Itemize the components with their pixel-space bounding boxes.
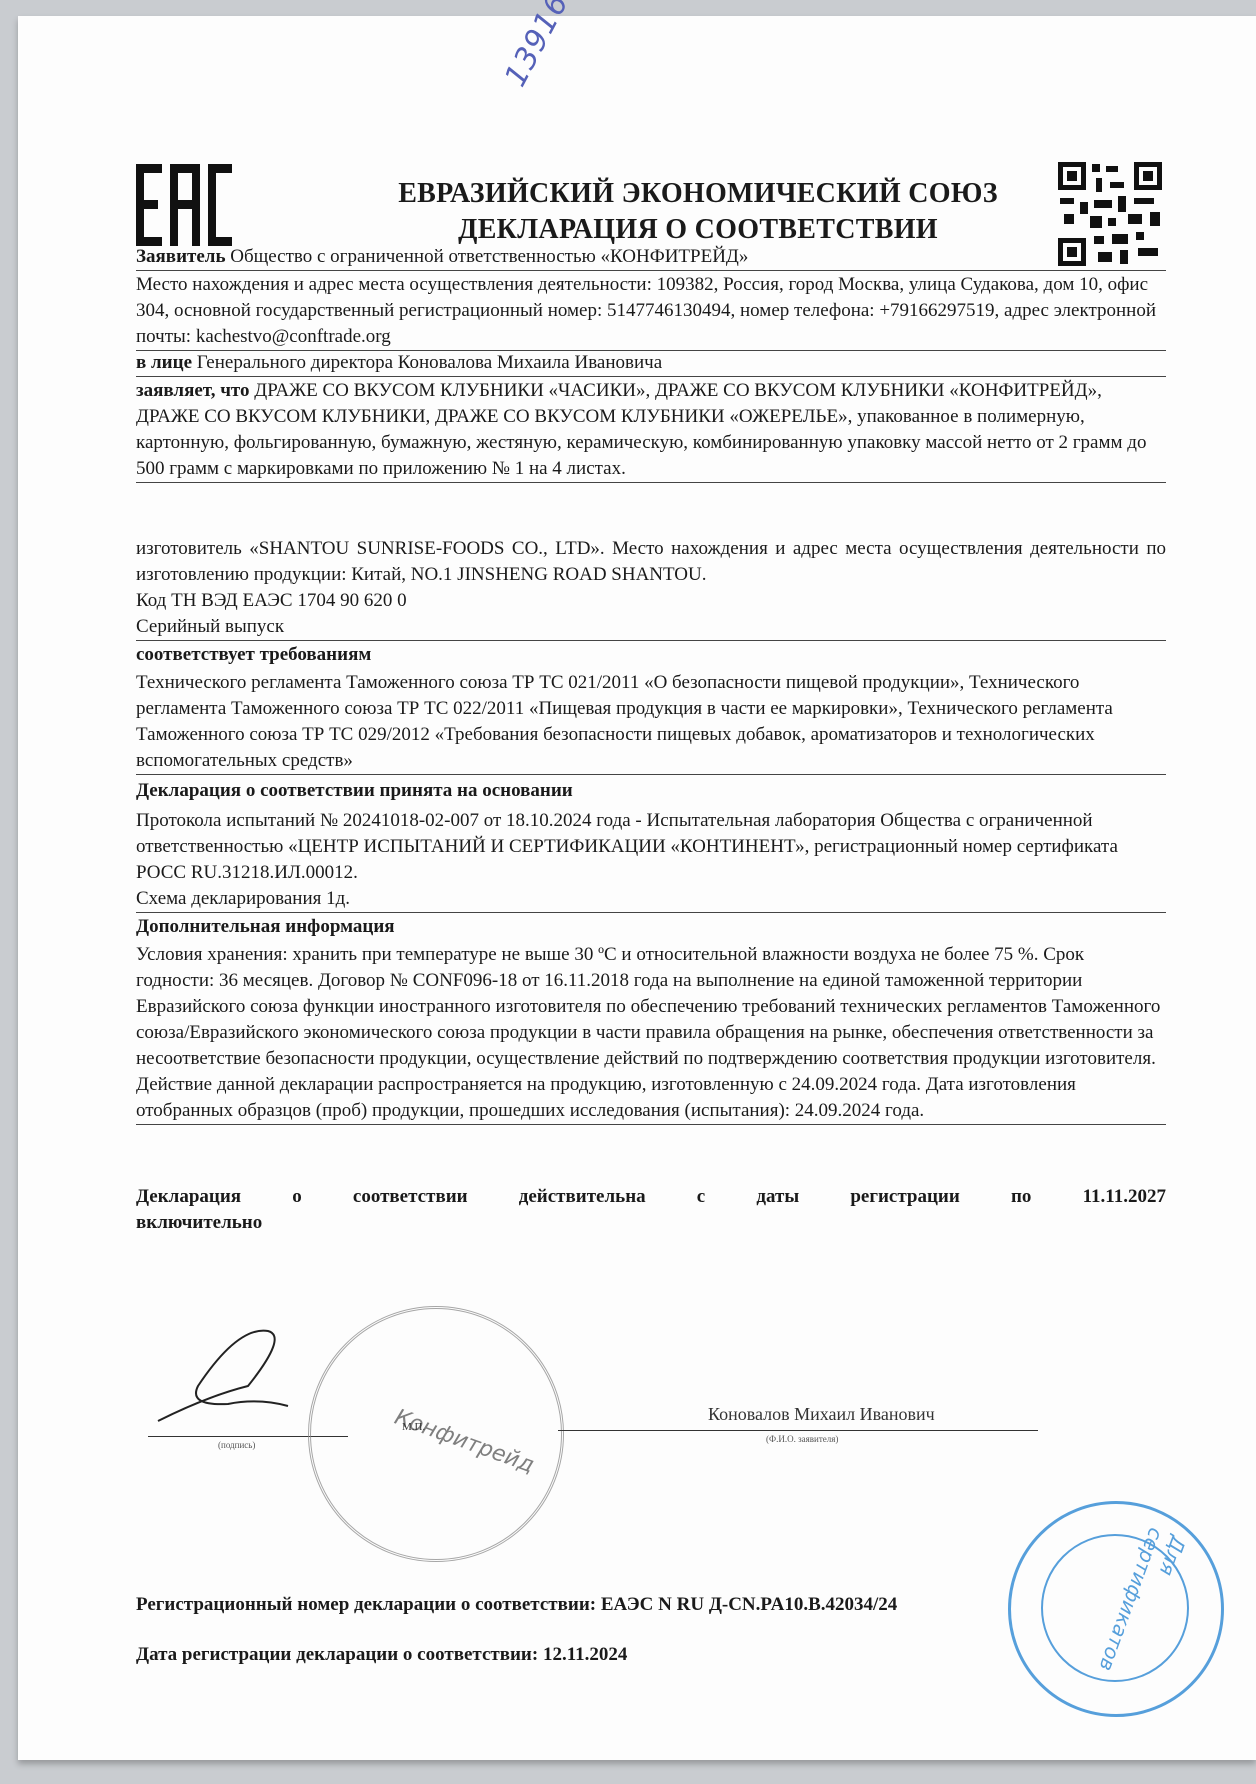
registration-date-label: Дата регистрации декларации о соответств… (136, 1644, 538, 1665)
applicant-label: Заявитель (136, 246, 226, 267)
represented-row: в лице Генерального директора Коновалова… (136, 350, 1166, 377)
declares-label: заявляет, что (136, 380, 250, 401)
applicant-row: Заявитель Общество с ограниченной ответс… (136, 244, 1166, 271)
seal-caption: М.П. (402, 1421, 425, 1433)
name-caption: (Ф.И.О. заявителя) (766, 1434, 838, 1444)
registration-number-value: ЕАЭС N RU Д-CN.PA10.B.42034/24 (601, 1594, 897, 1615)
declares-value: ДРАЖЕ СО ВКУСОМ КЛУБНИКИ «ЧАСИКИ», ДРАЖЕ… (136, 380, 1146, 479)
requirements-text: Технического регламента Таможенного союз… (136, 670, 1166, 775)
eac-logo-icon (136, 164, 232, 246)
page-title: ЕВРАЗИЙСКИЙ ЭКОНОМИЧЕСКИЙ СОЮЗ ДЕКЛАРАЦИ… (348, 176, 1048, 248)
title-line-1: ЕВРАЗИЙСКИЙ ЭКОНОМИЧЕСКИЙ СОЮЗ (348, 176, 1048, 212)
registration-number-label: Регистрационный номер декларации о соотв… (136, 1594, 596, 1615)
applicant-address: Место нахождения и адрес места осуществл… (136, 272, 1166, 351)
manufacturer-text: изготовитель «SHANTOU SUNRISE-FOODS CO.,… (136, 536, 1166, 588)
registration-number-row: Регистрационный номер декларации о соотв… (136, 1594, 897, 1616)
registration-date-value: 12.11.2024 (543, 1644, 627, 1665)
title-line-2: ДЕКЛАРАЦИЯ О СООТВЕТСТВИИ (348, 212, 1048, 248)
seal-text: Конфитрейд (391, 1405, 537, 1479)
validity-inclusive: включительно (136, 1210, 1166, 1236)
declaration-scheme: Схема декларирования 1д. (136, 886, 1166, 913)
handwritten-number: 139164 (498, 0, 585, 92)
additional-heading: Дополнительная информация (136, 914, 1166, 940)
release-type: Серийный выпуск (136, 614, 1166, 641)
basis-text: Протокола испытаний № 20241018-02-007 от… (136, 808, 1166, 886)
validity-line: Декларация о соответствии действительна … (136, 1184, 1166, 1210)
document-page: 139164 ЕВРАЗИЙСКИЙ ЭКОНОМИЧЕСКИЙ СОЮЗ ДЕ… (18, 16, 1256, 1760)
represented-value: Генерального директора Коновалова Михаил… (192, 352, 662, 373)
additional-text: Условия хранения: хранить при температур… (136, 942, 1166, 1125)
applicant-name: Коновалов Михаил Иванович (708, 1404, 935, 1425)
signature-caption: (подпись) (218, 1440, 255, 1450)
declares-section: заявляет, что ДРАЖЕ СО ВКУСОМ КЛУБНИКИ «… (136, 378, 1166, 483)
registration-date-row: Дата регистрации декларации о соответств… (136, 1644, 627, 1666)
name-line (558, 1430, 1038, 1431)
company-seal-icon: Конфитрейд (308, 1306, 564, 1562)
applicant-value: Общество с ограниченной ответственностью… (226, 246, 749, 267)
hs-code: Код ТН ВЭД ЕАЭС 1704 90 620 0 (136, 588, 1166, 614)
certification-stamp-icon: Для сертификатов (1008, 1501, 1224, 1717)
basis-heading: Декларация о соответствии принята на осн… (136, 778, 1166, 804)
requirements-heading: соответствует требованиям (136, 642, 1166, 668)
represented-label: в лице (136, 352, 192, 373)
